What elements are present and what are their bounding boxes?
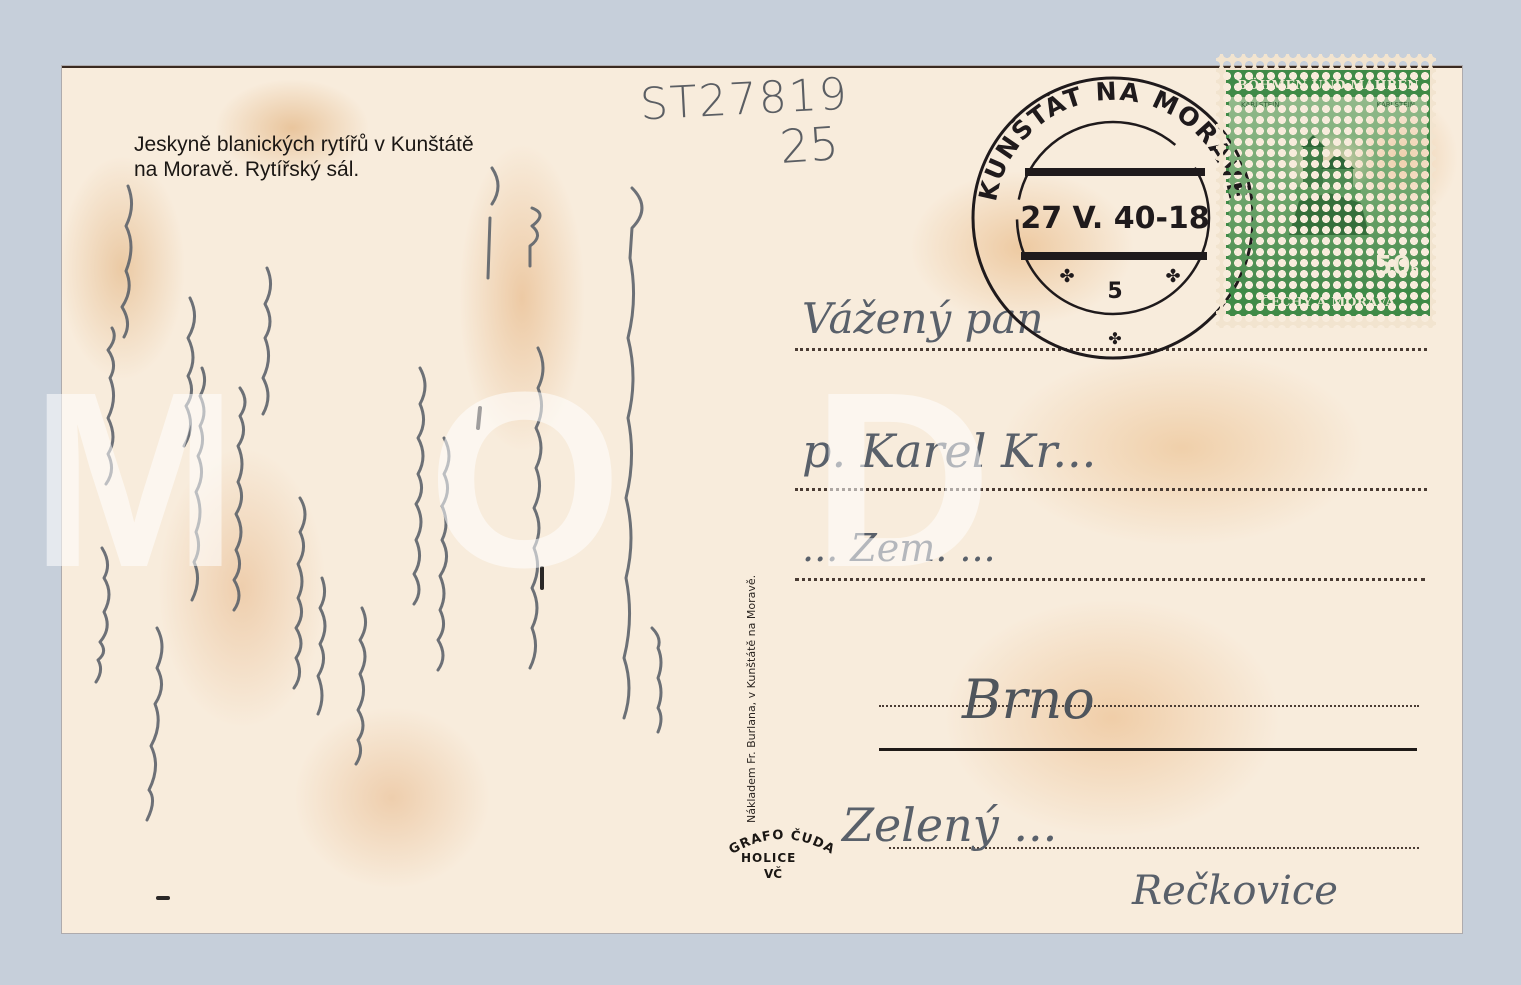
svg-text:27 V. 40-18: 27 V. 40-18 bbox=[1020, 201, 1209, 236]
printer-region: VČ bbox=[764, 867, 782, 881]
address-district: Rečkovice bbox=[1132, 868, 1338, 914]
stamp-subject-left: KARLSTEIN bbox=[1241, 101, 1279, 109]
handwritten-message bbox=[62, 68, 782, 933]
address-line-3 bbox=[795, 578, 1425, 581]
stamp-value-unit: h bbox=[1410, 263, 1419, 277]
stamp-subject-right: KARLSTEIN bbox=[1377, 101, 1415, 109]
address-line-2 bbox=[795, 488, 1427, 491]
address-detail: ... Zem. ... bbox=[802, 526, 996, 570]
postcard-back: Jeskyně blanických rytířů v Kunštátě na … bbox=[62, 66, 1462, 933]
stamp-value-number: 50 bbox=[1374, 251, 1410, 281]
printer-city: HOLICE bbox=[741, 851, 796, 865]
svg-text:KUNŠTÁT NA MORAVĚ: KUNŠTÁT NA MORAVĚ bbox=[973, 77, 1253, 204]
svg-text:5: 5 bbox=[1107, 279, 1122, 304]
stamp-value: 50h bbox=[1374, 251, 1419, 281]
publisher-text: Nákladem Fr. Burlana, v Kunštátě na Mora… bbox=[745, 575, 758, 823]
postage-stamp: BÖHMEN UND MÄHREN KARLSTEIN KARLSTEIN 50… bbox=[1216, 54, 1436, 328]
stamp-country: BÖHMEN UND MÄHREN bbox=[1229, 77, 1427, 92]
stamp-design: BÖHMEN UND MÄHREN KARLSTEIN KARLSTEIN 50… bbox=[1226, 70, 1430, 316]
address-street: Zelený ... bbox=[842, 798, 1057, 852]
address-name: p. Karel Kr... bbox=[802, 424, 1096, 478]
svg-text:✤: ✤ bbox=[1165, 266, 1180, 287]
address-line-4 bbox=[879, 705, 1419, 707]
price-note: 25 bbox=[778, 116, 840, 174]
svg-text:✤: ✤ bbox=[1108, 329, 1121, 348]
printer-mark: GRAFO ČUDA HOLICE VČ bbox=[717, 823, 847, 903]
castle-illustration bbox=[1289, 135, 1369, 235]
svg-text:✤: ✤ bbox=[1059, 266, 1074, 287]
publisher-imprint: Nákladem Fr. Burlana, v Kunštátě na Mora… bbox=[745, 398, 765, 828]
stamp-region: ČECHY A MORAVA bbox=[1229, 294, 1427, 309]
city-underline bbox=[879, 748, 1417, 751]
address-city: Brno bbox=[962, 668, 1095, 731]
